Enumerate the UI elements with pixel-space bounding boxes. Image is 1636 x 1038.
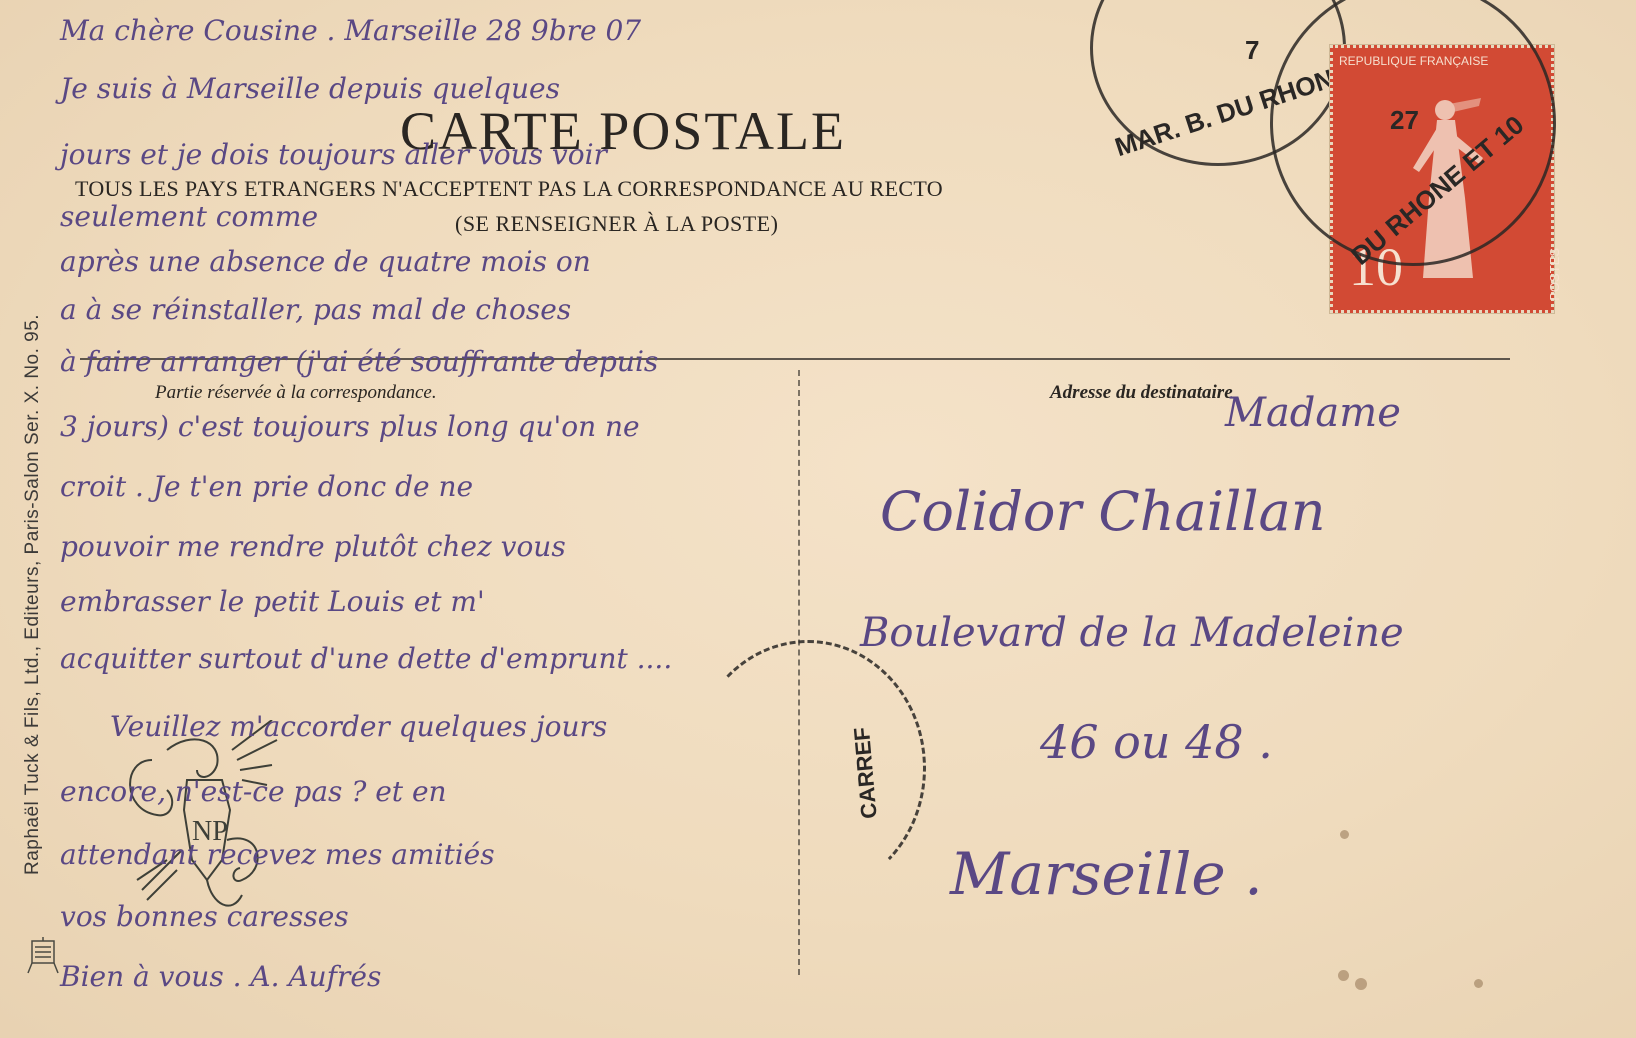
message-line: embrasser le petit Louis et m' — [60, 585, 485, 618]
publisher-imprint: Raphaël Tuck & Fils, Ltd., Editeurs, Par… — [22, 314, 44, 875]
address-line-name: Colidor Chaillan — [880, 480, 1326, 543]
message-line: à faire arranger (j'ai été souffrante de… — [60, 345, 658, 378]
tuck-easel-logo-icon — [26, 935, 60, 975]
postcard-back: CARTE POSTALE TOUS LES PAYS ETRANGERS N'… — [0, 0, 1636, 1038]
address-line-city: Marseille . — [950, 840, 1263, 908]
message-line: vos bonnes caresses — [60, 900, 349, 933]
message-line: Ma chère Cousine . Marseille 28 9bre 07 — [60, 14, 641, 47]
message-line: a à se réinstaller, pas mal de choses — [60, 293, 571, 326]
address-line-salutation: Madame — [1225, 390, 1401, 436]
foxing-spot — [1338, 970, 1349, 981]
message-line: acquitter surtout d'une dette d'emprunt … — [60, 642, 672, 675]
message-line: Veuillez m'accorder quelques jours — [110, 710, 607, 743]
message-line: seulement comme — [60, 200, 318, 233]
foxing-spot — [1474, 979, 1483, 988]
correspondence-label: Partie réservée à la correspondance. — [155, 382, 437, 404]
message-line: croit . Je t'en prie donc de ne — [60, 470, 473, 503]
message-line: encore, n'est-ce pas ? et en — [60, 775, 447, 808]
message-line: attendant recevez mes amitiés — [60, 838, 495, 871]
message-line: après une absence de quatre mois on — [60, 245, 591, 278]
post-office-notice: (SE RENSEIGNER À LA POSTE) — [455, 211, 778, 237]
stamp-label: POSTES — [1547, 248, 1562, 301]
postmark-right-date: 27 — [1390, 105, 1419, 136]
message-line: jours et je dois toujours aller vous voi… — [60, 138, 607, 171]
postmark-left-date: 7 — [1245, 35, 1259, 66]
foreign-notice: TOUS LES PAYS ETRANGERS N'ACCEPTENT PAS … — [75, 176, 943, 202]
address-line-street: Boulevard de la Madeleine — [860, 610, 1404, 656]
message-line: Je suis à Marseille depuis quelques — [60, 72, 560, 105]
address-line-number: 46 ou 48 . — [1040, 715, 1273, 769]
foxing-spot — [1355, 978, 1367, 990]
foxing-spot — [1340, 830, 1349, 839]
tuck-monogram-icon: NP — [112, 720, 282, 920]
postmark-bottom — [690, 640, 926, 896]
address-label: Adresse du destinataire — [1050, 382, 1233, 404]
message-signature-line: Bien à vous . A. Aufrés — [60, 960, 381, 993]
message-line: 3 jours) c'est toujours plus long qu'on … — [60, 410, 640, 443]
message-line: pouvoir me rendre plutôt chez vous — [60, 530, 566, 563]
